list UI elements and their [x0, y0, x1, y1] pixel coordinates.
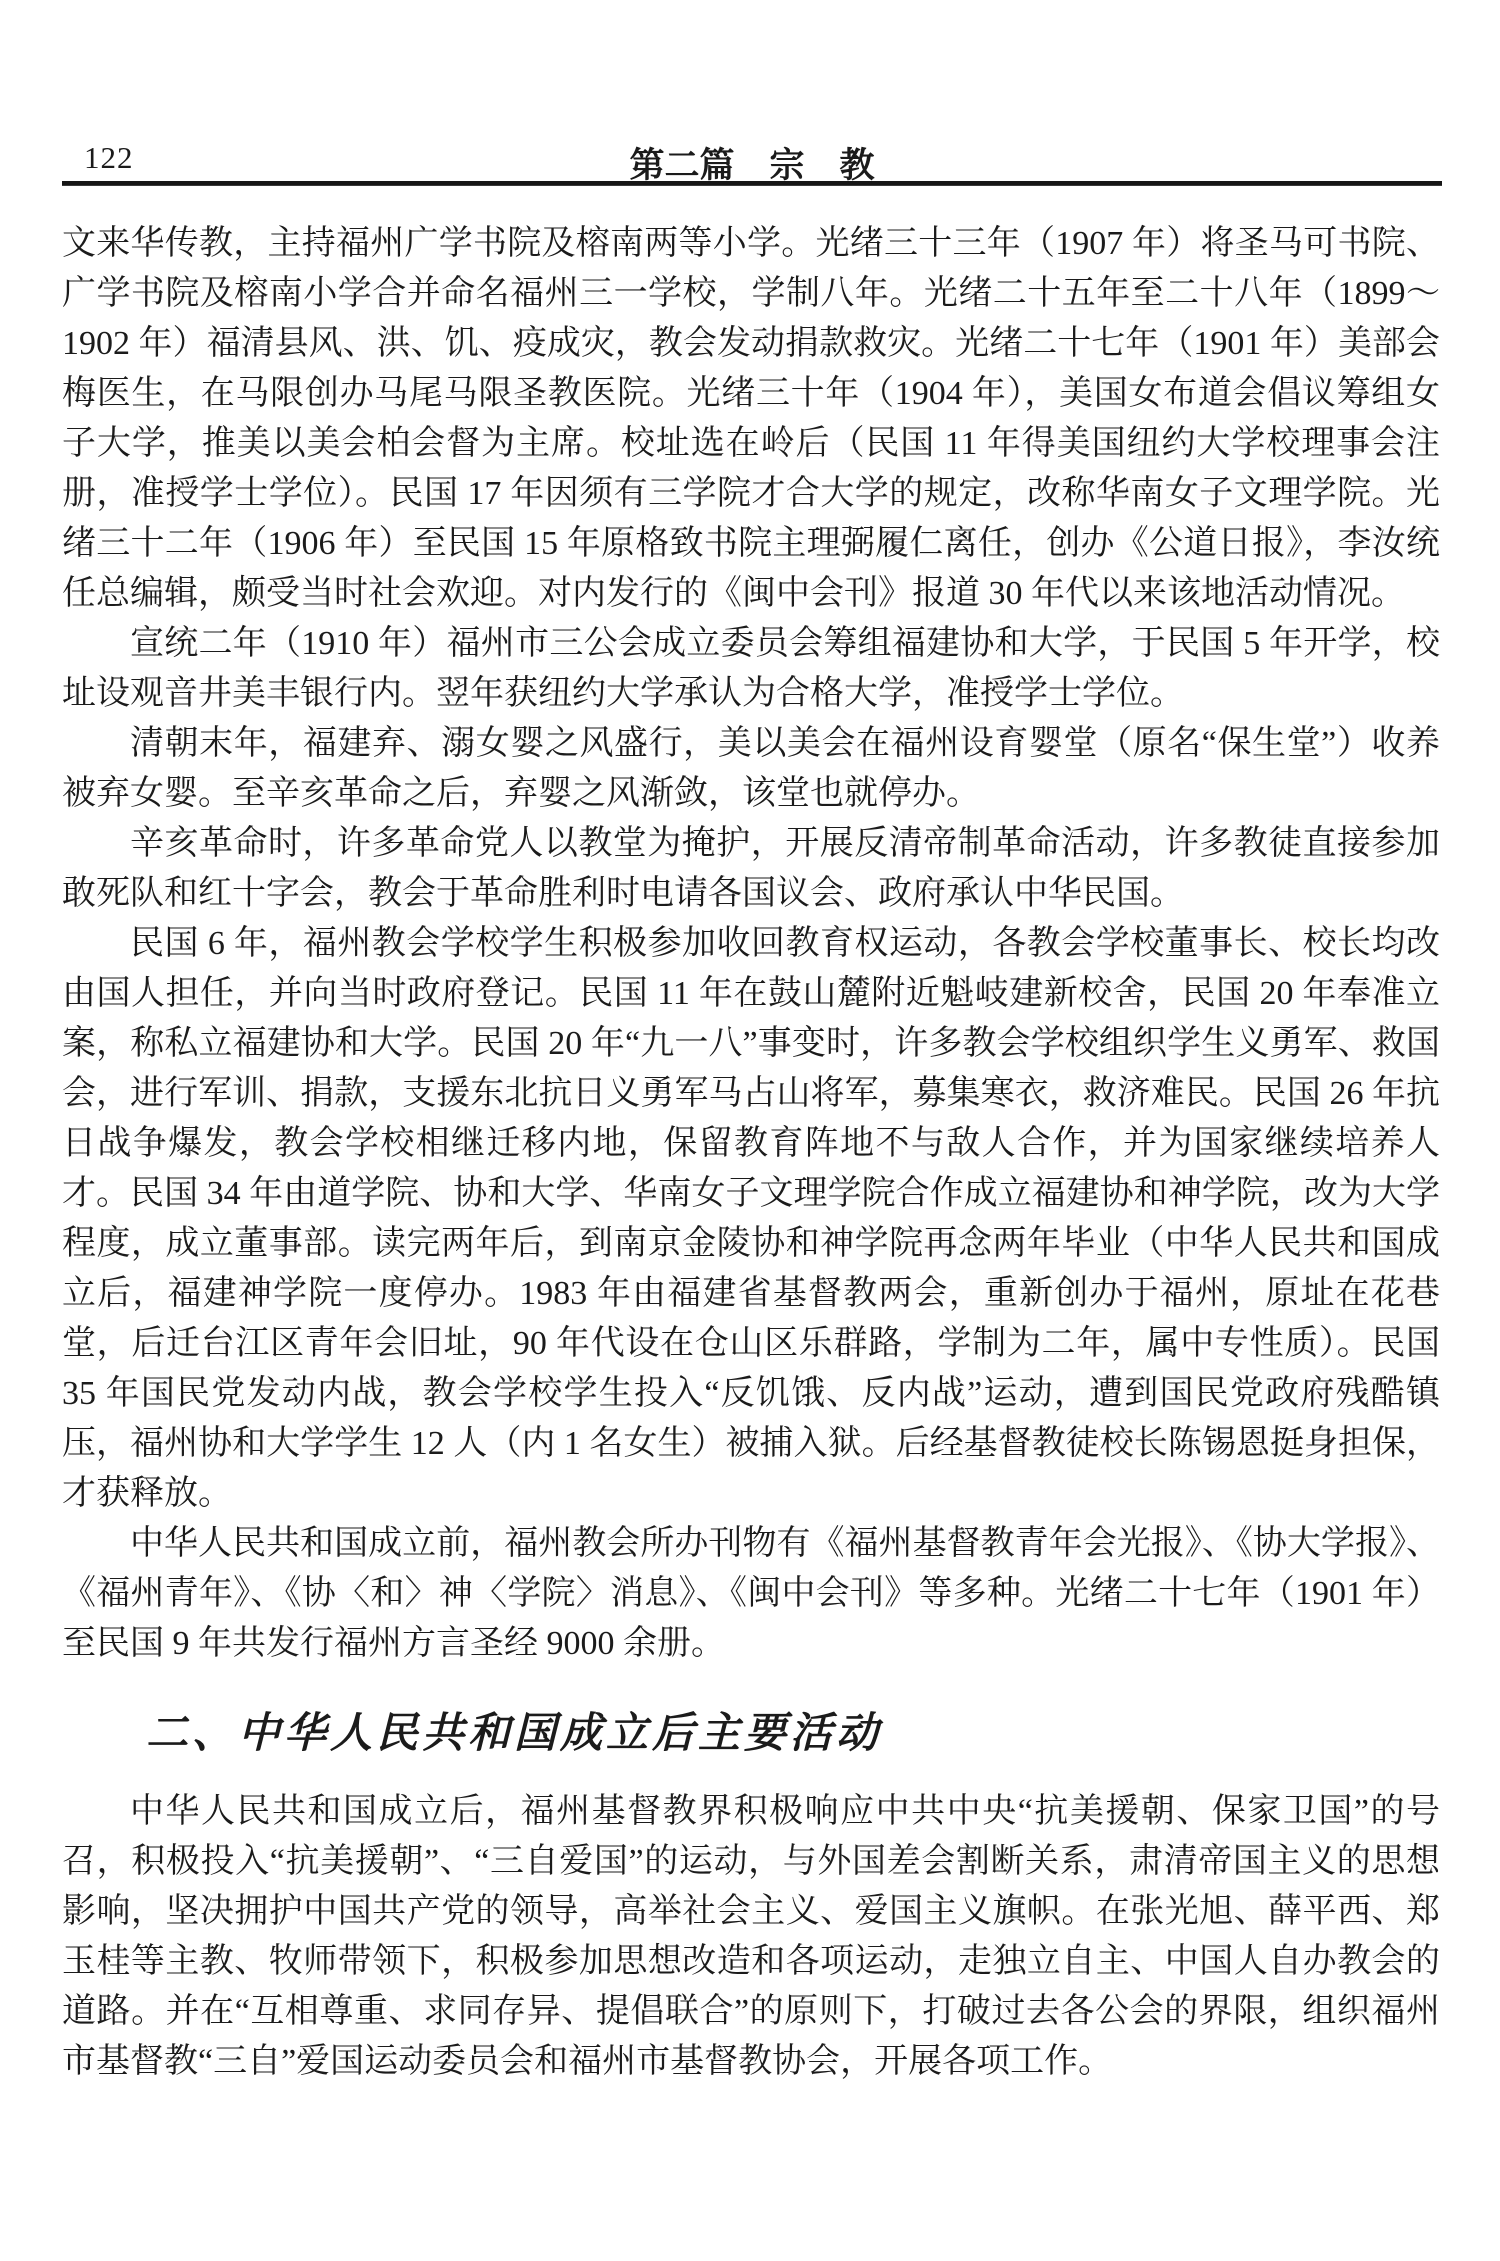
body-paragraph: 中华人民共和国成立前，福州教会所办刊物有《福州基督教青年会光报》、《协大学报》、… [62, 1519, 1440, 1669]
body-paragraph: 宣统二年（1910 年）福州市三公会成立委员会筹组福建协和大学，于民国 5 年开… [62, 619, 1440, 719]
body-paragraph: 文来华传教，主持福州广学书院及榕南两等小学。光绪三十三年（1907 年）将圣马可… [62, 219, 1440, 619]
body-paragraph: 辛亥革命时，许多革命党人以教堂为掩护，开展反清帝制革命活动，许多教徒直接参加敢死… [62, 819, 1440, 919]
running-header: 122 第二篇 宗 教 [62, 138, 1442, 180]
section-heading: 二、中华人民共和国成立后主要活动 [62, 1709, 1440, 1759]
body-paragraph: 中华人民共和国成立后，福州基督教界积极响应中共中央“抗美援朝、保家卫国”的号召，… [62, 1787, 1440, 2087]
page-body: 文来华传教，主持福州广学书院及榕南两等小学。光绪三十三年（1907 年）将圣马可… [62, 219, 1440, 2087]
body-paragraph: 民国 6 年，福州教会学校学生积极参加收回教育权运动，各教会学校董事长、校长均改… [62, 919, 1440, 1519]
header-rule [62, 181, 1442, 186]
book-page: 122 第二篇 宗 教 文来华传教，主持福州广学书院及榕南两等小学。光绪三十三年… [0, 0, 1500, 2261]
body-paragraph: 清朝末年，福建弃、溺女婴之风盛行，美以美会在福州设育婴堂（原名“保生堂”）收养被… [62, 719, 1440, 819]
